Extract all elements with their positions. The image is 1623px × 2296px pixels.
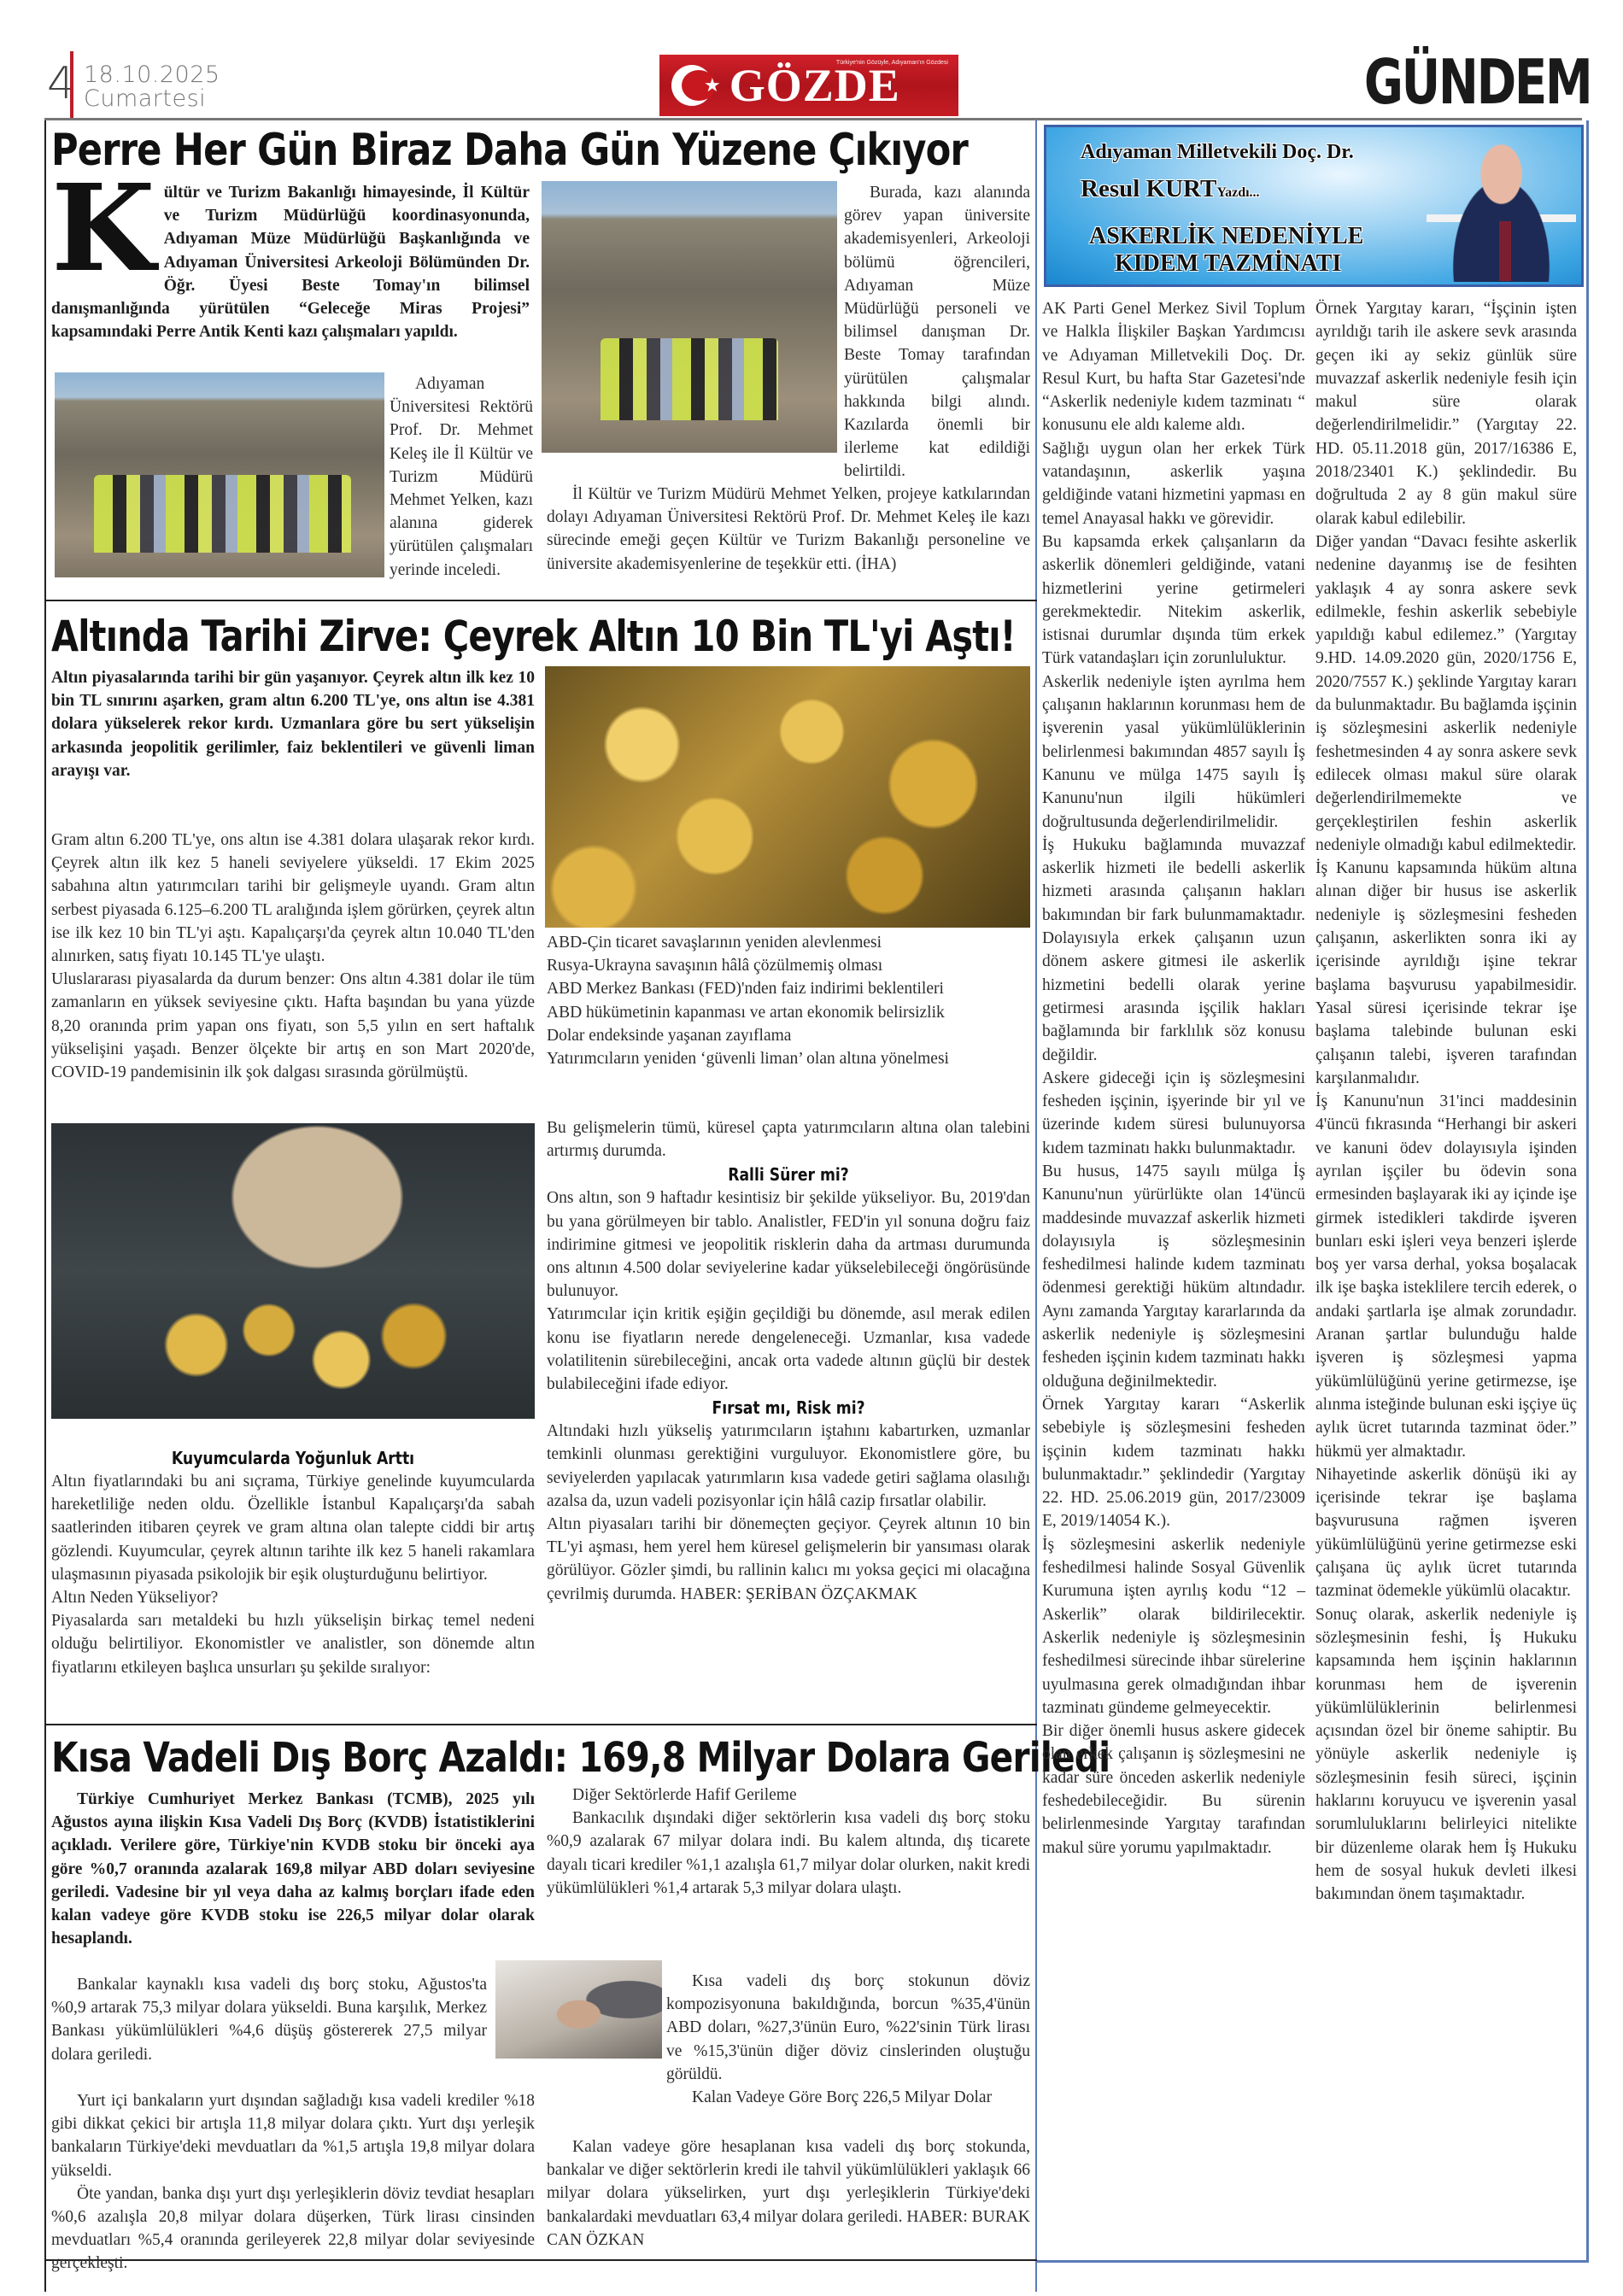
column-paragraph: AK Parti Genel Merkez Sivil Toplum ve Ha… [1042,297,1305,437]
column-text-left: AK Parti Genel Merkez Sivil Toplum ve Ha… [1042,297,1305,1860]
gold-subquestion: Altın Neden Yükseliyor? [51,1586,535,1609]
debt-subhead: Diğer Sektörlerde Hafif Gerileme [547,1783,1030,1807]
gold-paragraph: Piyasalarda sarı metaldeki bu hızlı yüks… [51,1609,535,1679]
debt-byline-paragraph: Kalan vadeye göre hesaplanan kısa vadeli… [547,2135,1030,2252]
subhead-ralli: Ralli Sürer mi? [581,1163,997,1186]
column-text-right: Örnek Yargıtay kararı, “İşçinin işten ay… [1315,297,1577,1906]
column-paragraph: Sağlığı uygun olan her erkek Türk vatand… [1042,437,1305,530]
subhead-firsat: Fırsat mı, Risk mi? [581,1396,997,1420]
gold-paragraph: Yatırımcılar için kritik eşiğin geçildiğ… [547,1303,1030,1396]
dropcap: K [51,183,155,275]
gold-paragraph: Altındaki hızlı yükseliş yatırımcıların … [547,1420,1030,1513]
author-name: Resul KURT [1081,175,1216,202]
newspaper-logo[interactable]: ★ GÖZDE Türkiye'nin Gözüyle, Adıyaman'ın… [659,55,958,116]
debt-lead: Türkiye Cumhuriyet Merkez Bankası (TCMB)… [51,1788,535,1950]
debt-paragraph: Yurt içi bankaların yurt dışından sağlad… [51,2089,535,2182]
column-paragraph: Askere gideceği için iş sözleşmesini fes… [1042,1067,1305,1160]
reason-item: ABD-Çin ticaret savaşlarının yeniden ale… [547,931,1030,954]
headline-gold[interactable]: Altında Tarihi Zirve: Çeyrek Altın 10 Bi… [51,615,1016,658]
column-paragraph: İş Kanunu'nun 31'inci maddesinin 4'üncü … [1315,1090,1577,1463]
perre-right-paragraph: Burada, kazı alanında görev yapan üniver… [844,181,1030,483]
gold-coins-photo [545,666,1030,928]
perre-photo-group [55,372,384,577]
debt-paragraph: Öte yandan, banka dışı yurt dışı yerleşi… [51,2182,535,2275]
gold-lead: Altın piyasalarında tarihi bir gün yaşan… [51,666,535,782]
column-paragraph: İş sözleşmesini askerlik nedeniyle feshe… [1042,1533,1305,1719]
column-paragraph: İş Kanunu kapsamında hüküm altına alınan… [1315,857,1577,1090]
gold-paragraph: Altın fiyatlarındaki bu ani sıçrama, Tür… [51,1470,535,1586]
logo-text: GÖZDE [729,62,900,108]
column-paragraph: Askerlik nedeniyle işten ayrılma hem çal… [1042,671,1305,834]
column-paragraph: İş Hukuku bağlamında muvazzaf askerlik h… [1042,834,1305,1067]
column-paragraph: Bir diğer önemli husus askere gidecek ol… [1042,1719,1305,1860]
logo-tagline: Türkiye'nin Gözüyle, Adıyaman'ın Gözdesi [836,60,948,66]
perre-photo-site [542,181,837,453]
reason-item: Yatırımcıların yeniden ‘güvenli liman’ o… [547,1047,1030,1070]
people-in-vests [601,338,778,419]
headline-debt[interactable]: Kısa Vadeli Dış Borç Azaldı: 169,8 Milya… [51,1737,1110,1778]
gold-sack-photo [51,1123,535,1419]
reason-item: Dolar endeksinde yaşanan zayıflama [547,1024,1030,1047]
people-in-vests [94,475,351,553]
article-divider [44,600,1037,601]
column-paragraph: Sonuç olarak, askerlik nedeniyle iş sözl… [1315,1603,1577,1906]
reason-item: ABD hükümetinin kapanması ve artan ekono… [547,1001,1030,1024]
column-paragraph: Örnek Yargıtay kararı “Askerlik sebebiyl… [1042,1393,1305,1533]
subhead-kuyumcular: Kuyumcularda Yoğunluk Arttı [85,1446,501,1470]
banner-title-line: Adıyaman Milletvekili Doç. Dr. [1081,141,1354,164]
weekday-text: Cumartesi [84,87,220,111]
reason-item: Rusya-Ukrayna savaşının hâlâ çözülmemiş … [547,954,1030,977]
gold-body-3: Bu gelişmelerin tümü, küresel çapta yatı… [547,1116,1030,1606]
column-paragraph: Diğer yandan “Davacı fesihte askerlik ne… [1315,530,1577,857]
perre-side-paragraph: Adıyaman Üniversitesi Rektörü Prof. Dr. … [390,372,533,582]
perre-right-text: Burada, kazı alanında görev yapan üniver… [844,181,1030,483]
gold-body-2: Kuyumcularda Yoğunluk Arttı Altın fiyatl… [51,1446,535,1679]
gold-paragraph: Bu gelişmelerin tümü, küresel çapta yatı… [547,1116,1030,1163]
perre-side-text: Adıyaman Üniversitesi Rektörü Prof. Dr. … [390,372,533,582]
date-text: 18.10.2025 [84,63,220,87]
masthead: 4 18.10.2025 Cumartesi ★ GÖZDE Türkiye'n… [0,0,1623,120]
author-tie [1499,221,1511,281]
debt-body-2: Yurt içi bankaların yurt dışından sağlad… [51,2089,535,2275]
banner-headline-2: KIDEM TAZMİNATI [1115,250,1341,278]
banner-author: Resul KURTYazdı... [1081,175,1260,203]
debt-body-4: Kısa vadeli dış borç stokunun döviz komp… [666,1970,1030,2109]
debt-body-3: Diğer Sektörlerde Hafif Gerileme Bankacı… [547,1783,1030,1900]
gold-paragraph: Uluslararası piyasalarda da durum benzer… [51,968,535,1084]
issue-date: 18.10.2025 Cumartesi [84,63,220,112]
headline-perre[interactable]: Perre Her Gün Biraz Daha Gün Yüzene Çıkı… [51,128,968,173]
debt-subhead: Kalan Vadeye Göre Borç 226,5 Milyar Dola… [666,2086,1030,2109]
debt-paragraph: Bankalar kaynaklı kısa vadeli dış borç s… [51,1973,487,2066]
banner-headline-1: ASKERLİK NEDENİYLE [1089,223,1363,250]
debt-lead-paragraph: Türkiye Cumhuriyet Merkez Bankası (TCMB)… [51,1788,535,1950]
gold-paragraph: Gram altın 6.200 TL'ye, ons altın ise 4.… [51,829,535,968]
debt-body-1: Bankalar kaynaklı kısa vadeli dış borç s… [51,1973,487,2066]
gold-lead-paragraph: Altın piyasalarında tarihi bir gün yaşan… [51,666,535,782]
gold-byline-paragraph: Altın piyasaları tarihi bir dönemeçten g… [547,1513,1030,1606]
author-suffix: Yazdı... [1216,185,1259,200]
gold-reasons-list: ABD-Çin ticaret savaşlarının yeniden ale… [547,931,1030,1070]
column-paragraph: Bu kapsamda erkek çalışanların da askerl… [1042,530,1305,671]
perre-thanks-text: İl Kültür ve Turizm Müdürü Mehmet Yelken… [547,483,1030,576]
perre-thanks-paragraph: İl Kültür ve Turizm Müdürü Mehmet Yelken… [547,483,1030,576]
column-paragraph: Bu husus, 1475 sayılı mülga İş Kanunu'nu… [1042,1160,1305,1393]
column-paragraph: Örnek Yargıtay kararı, “İşçinin işten ay… [1315,297,1577,530]
debt-body-5: Kalan vadeye göre hesaplanan kısa vadeli… [547,2135,1030,2252]
column-paragraph: Nihayetinde askerlik dönüşü iki ay içeri… [1315,1463,1577,1603]
star-icon: ★ [704,74,721,97]
gold-paragraph: Ons altın, son 9 haftadır kesintisiz bir… [547,1186,1030,1303]
perre-lead: Kültür ve Turizm Bakanlığı himayesinde, … [51,181,530,343]
page-number-divider [70,51,73,118]
gold-body-1: Gram altın 6.200 TL'ye, ons altın ise 4.… [51,829,535,1084]
debt-paragraph: Bankacılık dışındaki diğer sektörlerin k… [547,1807,1030,1900]
debt-photo-hands [495,1960,662,2059]
section-title: GÜNDEM [1363,51,1591,113]
columnist-banner[interactable]: Adıyaman Milletvekili Doç. Dr. Resul KUR… [1044,125,1584,287]
reason-item: ABD Merkez Bankası (FED)'nden faiz indir… [547,977,1030,1000]
debt-paragraph: Kısa vadeli dış borç stokunun döviz komp… [666,1970,1030,2086]
article-divider [44,1724,1037,1725]
